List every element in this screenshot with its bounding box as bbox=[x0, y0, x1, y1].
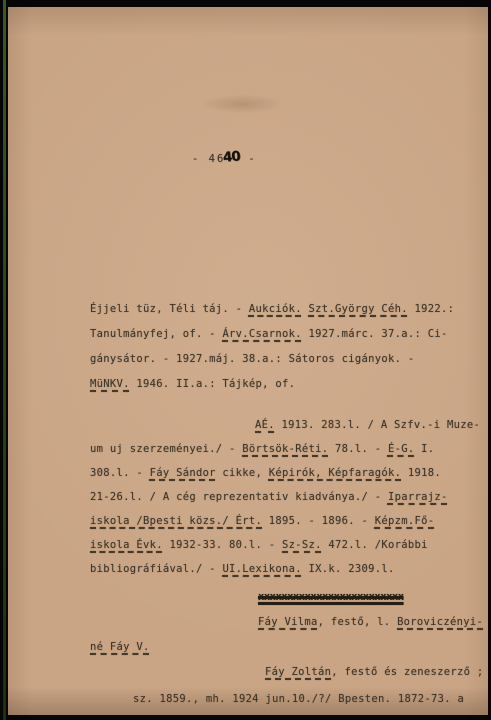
underlined-text-segment: MüNKV. bbox=[90, 378, 130, 390]
underlined-text-segment: Fáy Zoltán bbox=[265, 666, 331, 678]
bibliography-sources-paragraph: AÉ. 1913. 283.l. / A Szfv.-i Muze-um uj … bbox=[90, 413, 488, 581]
text-line: iskola Évk. 1932-33. 80.l. - Sz-Sz. 472.… bbox=[90, 533, 488, 557]
text-line: xxxxxxxxxxxxxxxxxxxxxxxxx bbox=[90, 585, 488, 610]
bibliography-works-paragraph: Éjjeli tüz, Téli táj. - Aukciók. Szt.Gyö… bbox=[90, 297, 488, 397]
page-number-typed-prefix: - 46 bbox=[192, 153, 225, 165]
text-segment: 1922.: bbox=[408, 303, 454, 315]
text-segment: 1946. II.a.: Tájkép, of. bbox=[130, 378, 296, 390]
underlined-text-segment: né Fáy V. bbox=[90, 641, 150, 653]
underlined-text-segment: É-G. bbox=[388, 443, 415, 455]
underlined-text-segment: Képirók, Képfaragók. bbox=[269, 467, 401, 479]
text-segment: cikke, bbox=[216, 467, 269, 479]
underlined-text-segment: Boroviczényi- bbox=[397, 616, 483, 628]
text-segment: sz. 1859., mh. 1924 jun.10./?/ Bpesten. … bbox=[133, 693, 464, 705]
underlined-text-segment: Fáy Vilma bbox=[258, 616, 318, 628]
text-segment: 1927.márc. 37.a.: Ci- bbox=[302, 328, 448, 340]
text-segment: bibliográfiával./ - bbox=[90, 563, 222, 575]
text-segment: 78.l. - bbox=[328, 443, 388, 455]
text-segment: IX.k. 2309.l. bbox=[302, 563, 395, 575]
text-line: 308.l. - Fáy Sándor cikke, Képirók, Képf… bbox=[90, 461, 488, 485]
text-line: sz. 1859., mh. 1924 jun.10./?/ Bpesten. … bbox=[90, 686, 488, 713]
page-number-handwritten-correction: 40 bbox=[223, 148, 241, 165]
text-segment: , festő, l. bbox=[318, 616, 397, 628]
underlined-text-segment: iskola /Bpesti közs./ Ért. bbox=[90, 515, 262, 527]
text-line: iskola /Bpesti közs./ Ért. 1895. - 1896.… bbox=[90, 509, 488, 533]
text-line: Fáy Vilma, festő, l. Boroviczényi- bbox=[90, 610, 488, 635]
text-segment: Tanulmányfej, of. - bbox=[90, 328, 222, 340]
underlined-text-segment: UI.Lexikona. bbox=[222, 563, 301, 575]
page-number: - 4640 - bbox=[192, 150, 257, 166]
underlined-text-segment: Iparrajz- bbox=[388, 491, 448, 503]
struck-out-text: xxxxxxxxxxxxxxxxxxxxxxxxx bbox=[258, 591, 404, 603]
underlined-text-segment: Börtsök-Réti. bbox=[242, 443, 328, 455]
text-line: Fáy Zoltán, festő és zeneszerző ; bbox=[90, 659, 488, 686]
underlined-text-segment: Képzm.Fő- bbox=[375, 515, 435, 527]
text-line: MüNKV. 1946. II.a.: Tájkép, of. bbox=[90, 372, 488, 397]
text-line: AÉ. 1913. 283.l. / A Szfv.-i Muze- bbox=[90, 413, 488, 437]
scanned-document-screenshot: { "page": { "number_prefix": "- 46", "nu… bbox=[0, 0, 491, 720]
underlined-text-segment: iskola Évk. bbox=[90, 539, 163, 551]
text-line: Tanulmányfej, of. - Árv.Csarnok. 1927.má… bbox=[90, 322, 488, 347]
text-segment: gánysátor. - 1927.máj. 38.a.: Sátoros ci… bbox=[90, 353, 414, 365]
text-segment: 1913. 283.l. / A Szfv.-i Muze- bbox=[275, 419, 480, 431]
text-segment bbox=[302, 303, 309, 315]
text-line: bibliográfiával./ - UI.Lexikona. IX.k. 2… bbox=[90, 557, 488, 581]
text-segment: , festő és zeneszerző ; bbox=[331, 666, 483, 678]
text-line: Éjjeli tüz, Téli táj. - Aukciók. Szt.Gyö… bbox=[90, 297, 488, 322]
page-number-typed-suffix: - bbox=[240, 153, 257, 165]
text-line: gánysátor. - 1927.máj. 38.a.: Sátoros ci… bbox=[90, 347, 488, 372]
text-line: um uj szerzeményei./ - Börtsök-Réti. 78.… bbox=[90, 437, 488, 461]
scan-edge-green-strip bbox=[3, 0, 6, 720]
underlined-text-segment: Sz-Sz. bbox=[282, 539, 322, 551]
text-segment: 1918. bbox=[401, 467, 441, 479]
text-segment: 308.l. - bbox=[90, 467, 150, 479]
text-line: 21-26.l. / A cég reprezentativ kiadványa… bbox=[90, 485, 488, 509]
text-segment: I. bbox=[414, 443, 434, 455]
underlined-text-segment: Szt.György Céh. bbox=[309, 303, 408, 315]
entry-fay-vilma: xxxxxxxxxxxxxxxxxxxxxxxxxFáy Vilma, fest… bbox=[90, 585, 488, 660]
text-line: né Fáy V. bbox=[90, 635, 488, 660]
scanned-page: - 4640 - Éjjeli tüz, Téli táj. - Aukciók… bbox=[8, 7, 488, 715]
text-segment: 21-26.l. / A cég reprezentativ kiadványa… bbox=[90, 491, 388, 503]
text-segment: um uj szerzeményei./ - bbox=[90, 443, 242, 455]
text-segment: 1932-33. 80.l. - bbox=[163, 539, 282, 551]
underlined-text-segment: Aukciók. bbox=[249, 303, 302, 315]
text-segment: 1895. - 1896. - bbox=[262, 515, 375, 527]
underlined-text-segment: Árv.Csarnok. bbox=[222, 328, 301, 340]
text-segment: 472.l. /Korábbi bbox=[322, 539, 428, 551]
underlined-text-segment: Fáy Sándor bbox=[150, 467, 216, 479]
entry-fay-zoltan: Fáy Zoltán, festő és zeneszerző ;sz. 185… bbox=[90, 659, 488, 713]
underlined-text-segment: AÉ. bbox=[255, 419, 275, 431]
text-segment: Éjjeli tüz, Téli táj. - bbox=[90, 303, 249, 315]
